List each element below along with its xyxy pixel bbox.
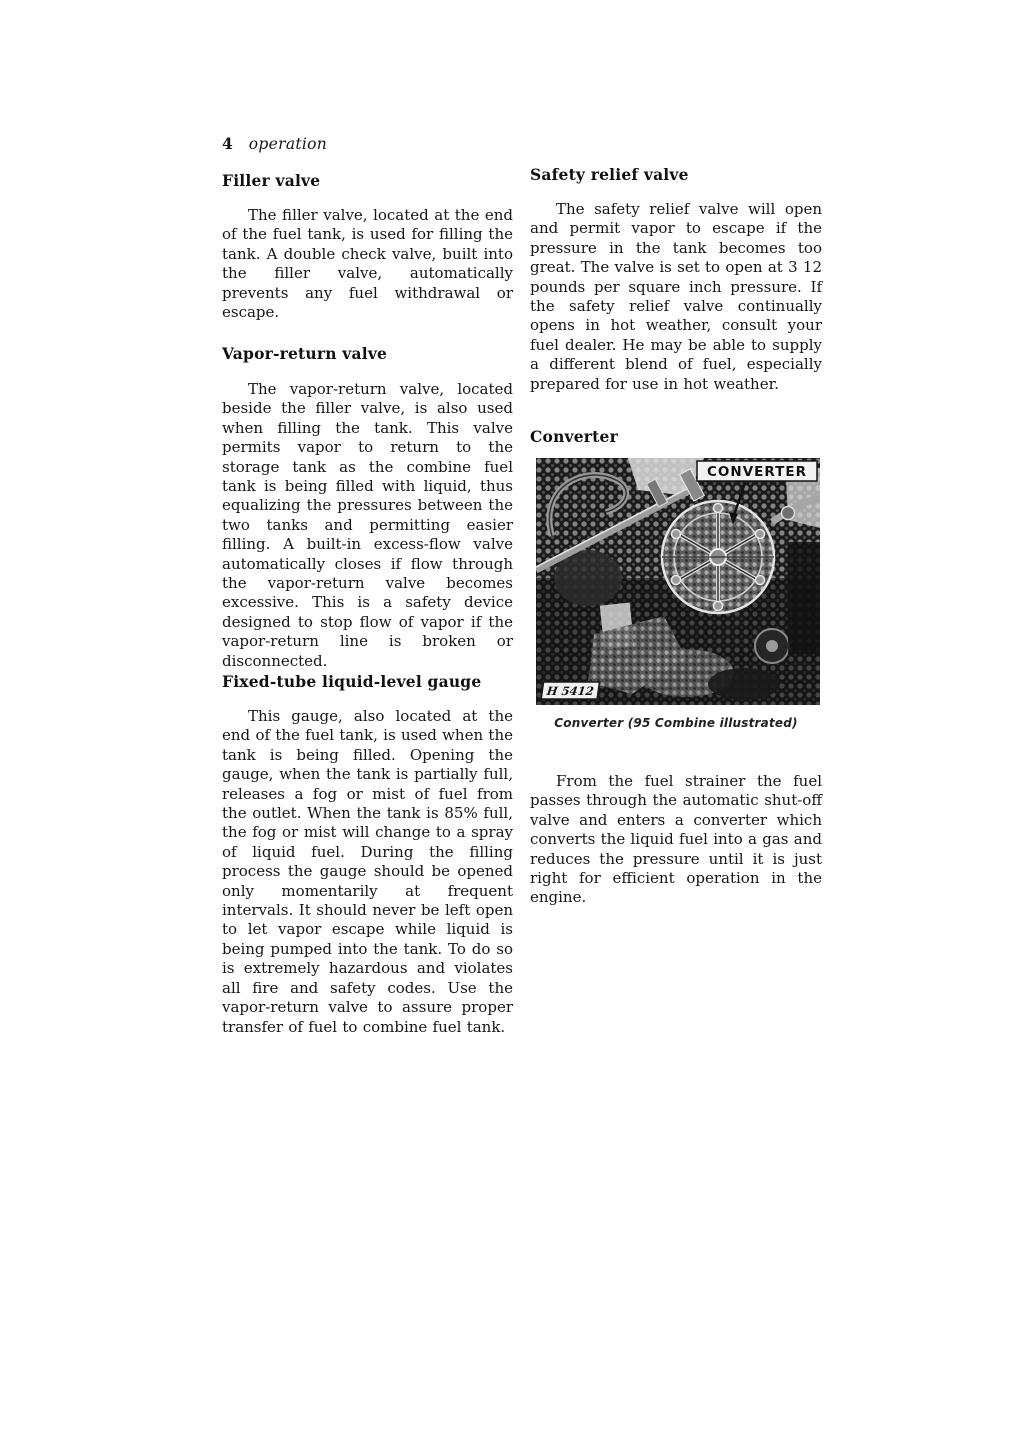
- heading-converter: Converter: [530, 427, 618, 446]
- paragraph-vapor-return-valve: The vapor-return valve, located beside t…: [222, 380, 513, 671]
- manual-page: 4operation Filler valve The filler valve…: [0, 0, 1024, 1449]
- converter-unit: [662, 501, 774, 613]
- paragraph-fixed-tube-gauge: This gauge, also located at the end of t…: [222, 707, 513, 1037]
- figure-caption: Converter (95 Combine illustrated): [530, 716, 822, 730]
- converter-photo: CONVERTER H 5412: [536, 458, 820, 705]
- page-section-title: operation: [249, 135, 327, 153]
- page-header: 4operation: [222, 134, 327, 153]
- photo-id-plate: H 5412: [541, 682, 599, 699]
- heading-safety-relief-valve: Safety relief valve: [530, 165, 689, 184]
- paragraph-converter: From the fuel strainer the fuel passes t…: [530, 772, 822, 908]
- heading-filler-valve: Filler valve: [222, 171, 320, 190]
- heading-fixed-tube-gauge: Fixed-tube liquid-level gauge: [222, 672, 481, 691]
- heading-vapor-return-valve: Vapor-return valve: [222, 344, 387, 363]
- converter-photo-art: CONVERTER H 5412: [536, 458, 820, 705]
- photo-id-label: H 5412: [545, 684, 595, 698]
- paragraph-safety-relief-valve: The safety relief valve will open and pe…: [530, 200, 822, 394]
- paragraph-filler-valve: The filler valve, located at the end of …: [222, 206, 513, 322]
- page-number: 4: [222, 134, 233, 153]
- converter-callout-label: CONVERTER: [707, 464, 807, 480]
